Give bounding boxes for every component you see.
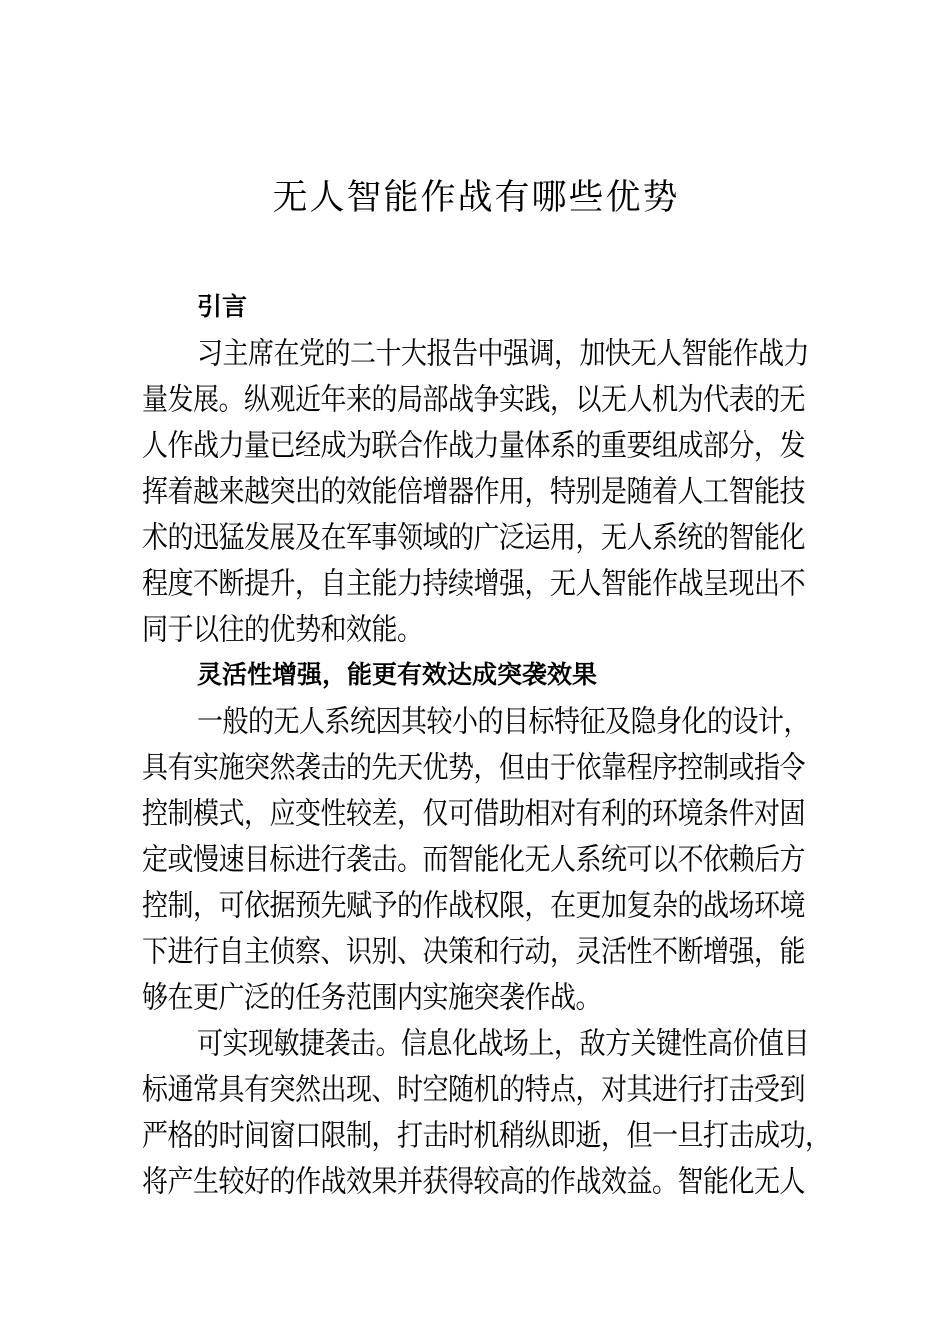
text-line: 将产生较好的作战效果并获得较高的作战效益。智能化无人 <box>142 1154 810 1207</box>
text-line: 同于以往的优势和效能。 <box>142 602 810 655</box>
document-title: 无人智能作战有哪些优势 <box>142 172 810 224</box>
title-gap <box>142 224 810 284</box>
section-heading-intro: 引言 <box>142 284 810 330</box>
section-heading-flexibility: 灵活性增强，能更有效达成突袭效果 <box>142 652 810 698</box>
document-body: 无人智能作战有哪些优势 引言 习主席在党的二十大报告中强调，加快无人智能作战力 … <box>142 172 810 1204</box>
document-page: 无人智能作战有哪些优势 引言 习主席在党的二十大报告中强调，加快无人智能作战力 … <box>0 0 950 1344</box>
